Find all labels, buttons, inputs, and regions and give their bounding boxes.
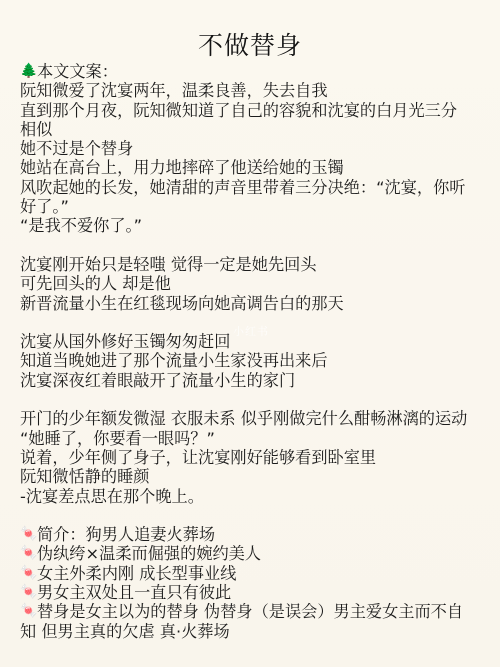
watermark: 小红书 (233, 323, 269, 339)
candy-icon: 🍬 (20, 544, 37, 563)
paragraph-2-line: 新晋流量小生在红毯现场向她高调告白的那天 (20, 294, 485, 313)
paragraph-2-line: 可先回头的人 却是他 (20, 274, 485, 293)
paragraph-spacer (20, 506, 485, 525)
candy-icon: 🍬 (20, 602, 37, 621)
tag-text: 简介：狗男人追妻火葬场 (37, 525, 215, 544)
page-title: 不做替身 (0, 30, 500, 62)
tag-text: 伪纨绔×温柔而倔强的婉约美人 (37, 544, 261, 563)
tag-continuation: 知 但男主真的欠虐 真·火葬场 (20, 622, 485, 641)
tag-text: 男女主双处且一直只有彼此 (37, 583, 231, 602)
candy-icon: 🍬 (20, 564, 37, 583)
copy-line: 阮知微爱了沈宴两年，温柔良善，失去自我 (20, 81, 485, 100)
copy-line: 风吹起她的长发，她清甜的声音里带着三分决绝：“沈宴，你听 (20, 178, 485, 197)
copy-header-label: 本文文案： (37, 62, 118, 81)
copy-line: 她不过是个替身 (20, 139, 485, 158)
paragraph-3-line: 沈宴深夜红着眼敲开了流量小生的家门 (20, 371, 485, 390)
paragraph-4-line: 阮知微恬静的睡颜 (20, 467, 485, 486)
document-body: 🌲本文文案： 阮知微爱了沈宴两年，温柔良善，失去自我 直到那个月夜，阮知微知道了… (20, 62, 485, 641)
paragraph-4-line: “她睡了，你要看一眼吗？” (20, 429, 485, 448)
paragraph-spacer (20, 236, 485, 255)
tree-icon: 🌲 (20, 62, 37, 81)
tag-line: 🍬女主外柔内刚 成长型事业线 (20, 564, 485, 583)
paragraph-4-line: -沈宴差点思在那个晚上。 (20, 487, 485, 506)
paragraph-spacer (20, 390, 485, 409)
paragraph-4-line: 说着，少年侧了身子，让沈宴刚好能够看到卧室里 (20, 448, 485, 467)
tag-text: 替身是女主以为的替身 伪替身（是误会）男主爱女主而不自 (37, 602, 463, 621)
tag-line: 🍬简介：狗男人追妻火葬场 (20, 525, 485, 544)
candy-icon: 🍬 (20, 525, 37, 544)
copy-line: 她站在高台上，用力地摔碎了他送给她的玉镯 (20, 158, 485, 177)
tag-text: 女主外柔内刚 成长型事业线 (37, 564, 236, 583)
copy-line: 相似 (20, 120, 485, 139)
copy-line: “是我不爱你了。” (20, 216, 485, 235)
document-page: 不做替身 🌲本文文案： 阮知微爱了沈宴两年，温柔良善，失去自我 直到那个月夜，阮… (0, 0, 500, 667)
copy-header: 🌲本文文案： (20, 62, 485, 81)
copy-line: 好了。” (20, 197, 485, 216)
tag-line: 🍬男女主双处且一直只有彼此 (20, 583, 485, 602)
tag-line: 🍬伪纨绔×温柔而倔强的婉约美人 (20, 544, 485, 563)
tag-line: 🍬替身是女主以为的替身 伪替身（是误会）男主爱女主而不自 (20, 602, 485, 621)
paragraph-2-line: 沈宴刚开始只是轻嗤 觉得一定是她先回头 (20, 255, 485, 274)
paragraph-4-line: 开门的少年额发微湿 衣服未系 似乎刚做完什么酣畅淋漓的运动 (20, 409, 485, 428)
candy-icon: 🍬 (20, 583, 37, 602)
paragraph-3-line: 知道当晚她进了那个流量小生家没再出来后 (20, 351, 485, 370)
copy-line: 直到那个月夜，阮知微知道了自己的容貌和沈宴的白月光三分 (20, 101, 485, 120)
